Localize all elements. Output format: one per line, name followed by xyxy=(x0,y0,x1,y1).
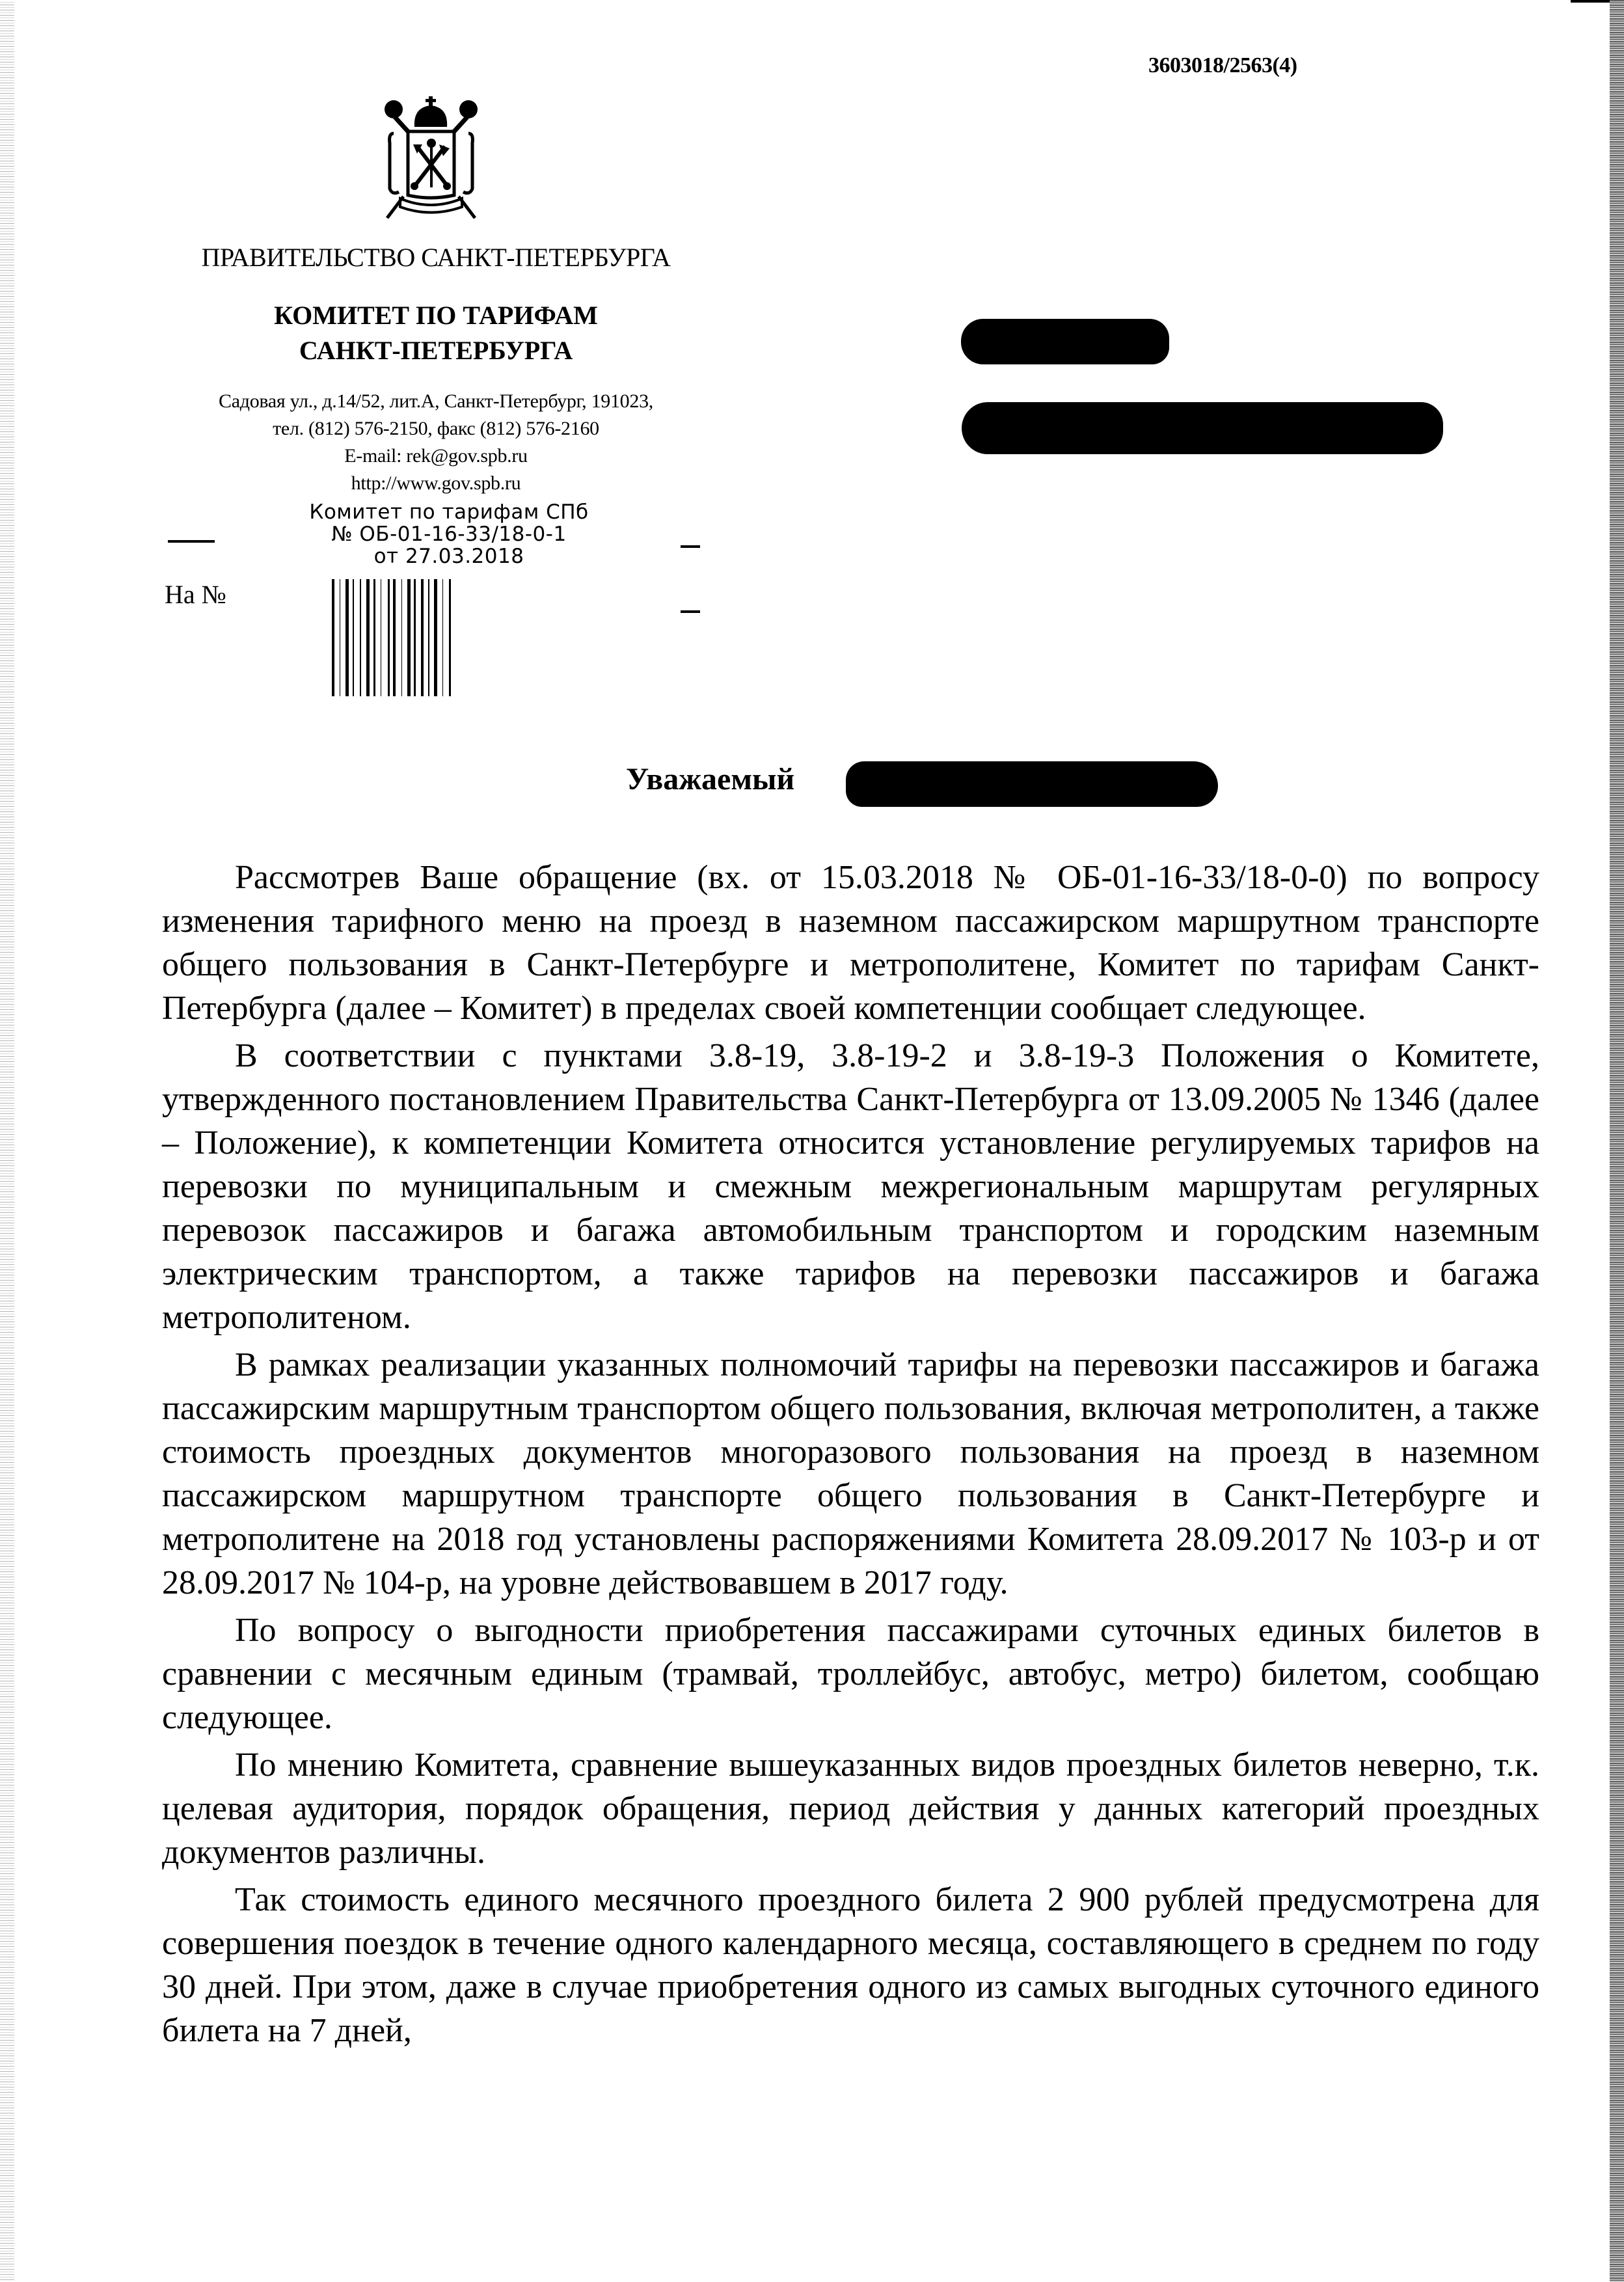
government-name: ПРАВИТЕЛЬСТВО САНКТ-ПЕТЕРБУРГА xyxy=(163,242,709,273)
reply-date-dash xyxy=(681,610,700,613)
coat-of-arms-icon xyxy=(374,91,488,221)
stamp-number: № ОБ-01-16-33/18-0-1 xyxy=(286,523,612,545)
committee-contacts: Садовая ул., д.14/52, лит.А, Санкт-Петер… xyxy=(163,388,709,497)
stamp-organization: Комитет по тарифам СПб xyxy=(286,501,612,523)
salutation: Уважаемый xyxy=(626,761,794,797)
scan-edge-right xyxy=(1610,0,1624,2282)
paragraph: Так стоимость единого месячного проездно… xyxy=(162,1878,1539,2052)
paragraph: В рамках реализации указанных полномочий… xyxy=(162,1343,1539,1605)
committee-name-line2: САНКТ-ПЕТЕРБУРГА xyxy=(163,333,709,368)
redacted-recipient-salutation-name xyxy=(846,761,1218,807)
redacted-recipient-address xyxy=(962,402,1443,454)
barcode-icon xyxy=(332,579,455,696)
paragraph: Рассмотрев Ваше обращение (вх. от 15.03.… xyxy=(162,856,1539,1030)
stamp-date: от 27.03.2018 xyxy=(286,545,612,567)
committee-name-line1: КОМИТЕТ ПО ТАРИФАМ xyxy=(163,298,709,333)
scan-artifact xyxy=(1571,0,1610,3)
date-dash xyxy=(681,545,700,548)
registration-stamp: Комитет по тарифам СПб № ОБ-01-16-33/18-… xyxy=(286,501,612,567)
website-line: http://www.gov.spb.ru xyxy=(163,470,709,497)
phone-fax-line: тел. (812) 576-2150, факс (812) 576-2160 xyxy=(163,415,709,442)
reply-to-label: На № xyxy=(165,579,226,610)
paragraph: По вопросу о выгодности приобретения пас… xyxy=(162,1609,1539,1739)
paragraph: В соответствии с пунктами 3.8-19, 3.8-19… xyxy=(162,1034,1539,1339)
letter-body: Рассмотрев Ваше обращение (вх. от 15.03.… xyxy=(162,856,1539,2056)
reference-number: 3603018/2563(4) xyxy=(1148,53,1297,78)
outgoing-number-line xyxy=(168,540,215,543)
email-line: E-mail: rek@gov.spb.ru xyxy=(163,442,709,470)
committee-name: КОМИТЕТ ПО ТАРИФАМ САНКТ-ПЕТЕРБУРГА xyxy=(163,298,709,368)
scan-edge-left xyxy=(0,0,14,2282)
paragraph: По мнению Комитета, сравнение вышеуказан… xyxy=(162,1743,1539,1874)
address-line: Садовая ул., д.14/52, лит.А, Санкт-Петер… xyxy=(163,388,709,415)
redacted-recipient-name xyxy=(961,319,1169,364)
